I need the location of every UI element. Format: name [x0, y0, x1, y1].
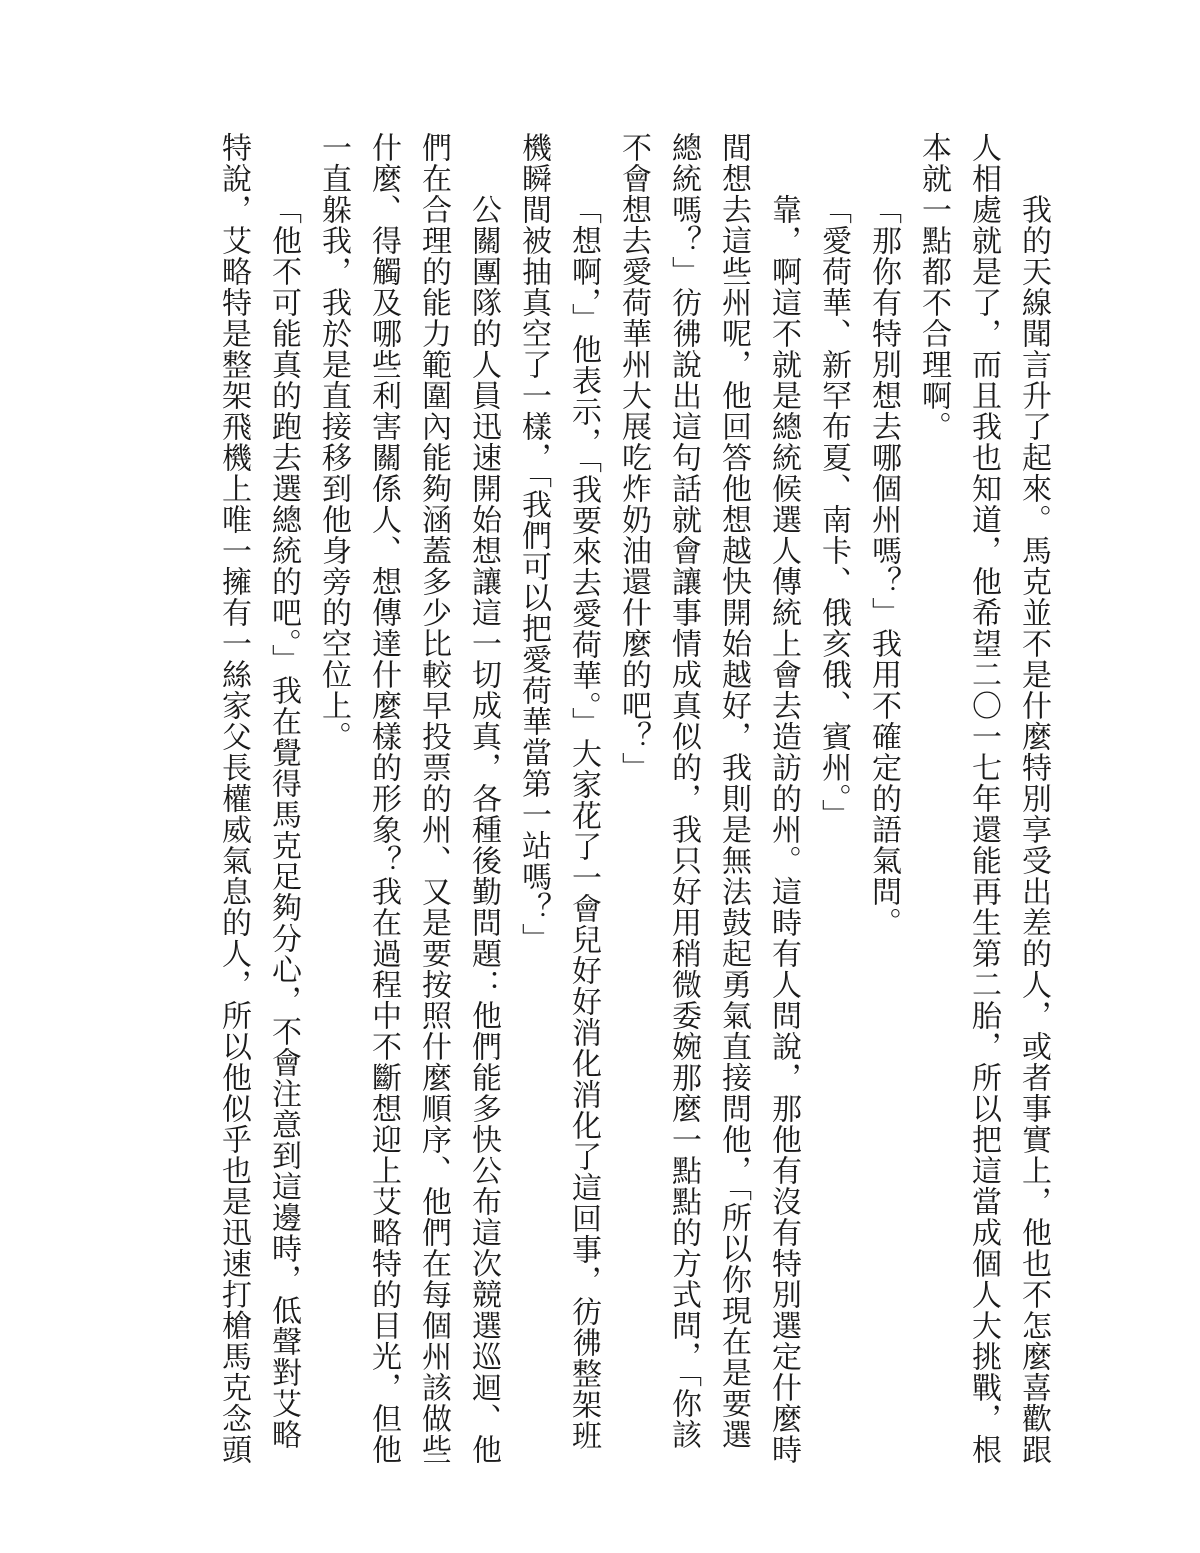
paragraph: 靠，啊這不就是總統候選人傳統上會去造訪的州。這時有人問說，那他有沒有特別選定什麼…: [608, 132, 808, 1472]
paragraph: 我的天線聞言升了起來。馬克並不是什麼特別享受出差的人，或者事實上，他也不怎麼喜歡…: [908, 132, 1058, 1472]
paragraph: 公關團隊的人員迅速開始想讓這一切成真，各種後勤問題：他們能多快公布這次競選巡迴、…: [308, 132, 508, 1472]
paragraph: 「那你有特別想去哪個州嗎？」我用不確定的語氣問。: [858, 132, 908, 1472]
paragraph: 「愛荷華、新罕布夏、南卡、俄亥俄、賓州。」: [808, 132, 858, 1472]
book-page: 我的天線聞言升了起來。馬克並不是什麼特別享受出差的人，或者事實上，他也不怎麼喜歡…: [0, 0, 1200, 1553]
vertical-text-block: 我的天線聞言升了起來。馬克並不是什麼特別享受出差的人，或者事實上，他也不怎麼喜歡…: [196, 132, 1058, 1472]
paragraph: 「想啊，」他表示，「我要來去愛荷華。」大家花了一會兒好好消化消化了這回事，彷彿整…: [508, 132, 608, 1472]
paragraph: 「他不可能真的跑去選總統的吧。」我在覺得馬克足夠分心，不會注意到這邊時，低聲對艾…: [208, 132, 308, 1472]
